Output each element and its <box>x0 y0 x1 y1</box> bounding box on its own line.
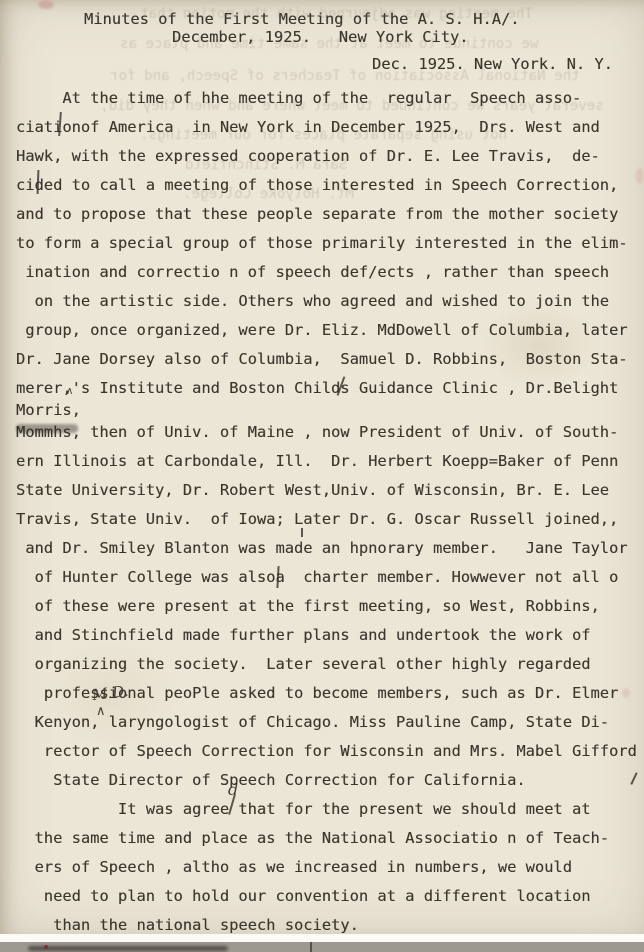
next-page-divider <box>310 942 312 952</box>
typed-line: of these were present at the first meeti… <box>16 592 644 621</box>
typed-line: Travis, State Univ. of Iowa; Later Dr. G… <box>16 505 644 534</box>
typed-line: Mommhs, then of Univ. of Maine , now Pre… <box>16 418 644 447</box>
next-page-text-blur <box>28 946 228 951</box>
typed-line: It was agree that for the present we sho… <box>16 795 644 824</box>
overtype-smudge-morris <box>16 424 78 433</box>
next-page-red-mark <box>44 945 48 949</box>
caret-mark-kenyon: ∧ <box>96 704 106 719</box>
typed-line: group, once organized, were Dr. Eliz. Md… <box>16 316 644 345</box>
scanned-document-page: The meeting was adjourned with the motio… <box>0 0 644 952</box>
typed-line: At the time of hhe meeting of the regula… <box>16 84 644 113</box>
typed-line: ciationof America in New York in Decembe… <box>16 113 644 142</box>
pink-smudge-right <box>636 168 643 184</box>
pink-smudge-top <box>38 0 54 9</box>
typed-line: State Director of Speech Correction for … <box>16 766 644 795</box>
typed-line: the same time and place as the National … <box>16 824 644 853</box>
typed-line: of Hunter College was alsoa charter memb… <box>16 563 644 592</box>
typed-lines: At the time of hhe meeting of the regula… <box>16 84 644 940</box>
typed-line: rector of Speech Correction for Wisconsi… <box>16 737 644 766</box>
typed-line: Kenyon, laryngologist of Chicago. Miss P… <box>16 708 644 737</box>
document-dateline: Dec. 1925. New York. N. Y. <box>372 55 613 73</box>
typed-line: Dr. Jane Dorsey also of Columbia, Samuel… <box>16 345 644 374</box>
typed-line: State University, Dr. Robert West,Univ. … <box>16 476 644 505</box>
typed-line: cided to call a meeting of those interes… <box>16 171 644 200</box>
typed-line: merer,'s Institute and Boston Childs Gui… <box>16 374 644 403</box>
typed-line: ers of Speech , altho as we increased in… <box>16 853 644 882</box>
pink-smudge-right-lower <box>622 688 630 698</box>
paper-background: The meeting was adjourned with the motio… <box>0 0 644 934</box>
typed-line: and Stinchfield made further plans and u… <box>16 621 644 650</box>
scan-white-gap <box>0 934 644 942</box>
pen-tick-later <box>301 528 303 537</box>
typed-line: to form a special group of those primari… <box>16 229 644 258</box>
typed-line: need to plan to hold our convention at a… <box>16 882 644 911</box>
typed-line: ern Illinois at Carbondale, Ill. Dr. Her… <box>16 447 644 476</box>
typed-line: and Dr. Smiley Blanton was made an hpnor… <box>16 534 644 563</box>
typed-line: on the artistic side. Others who agreed … <box>16 287 644 316</box>
typed-line: Hawk, with the expressed cooperation of … <box>16 142 644 171</box>
document-subtitle: December, 1925. New York City. <box>172 28 469 46</box>
typed-line: and to propose that these people separat… <box>16 200 644 229</box>
document-title: Minutes of the First Meeting of the A. S… <box>84 10 520 28</box>
typed-line: organizing the society. Later several ot… <box>16 650 644 679</box>
typed-line: Morris, <box>16 403 644 418</box>
caret-mark-apostrophe: ∧ <box>66 386 73 397</box>
typed-line: ination and correctio n of speech def/ec… <box>16 258 644 287</box>
